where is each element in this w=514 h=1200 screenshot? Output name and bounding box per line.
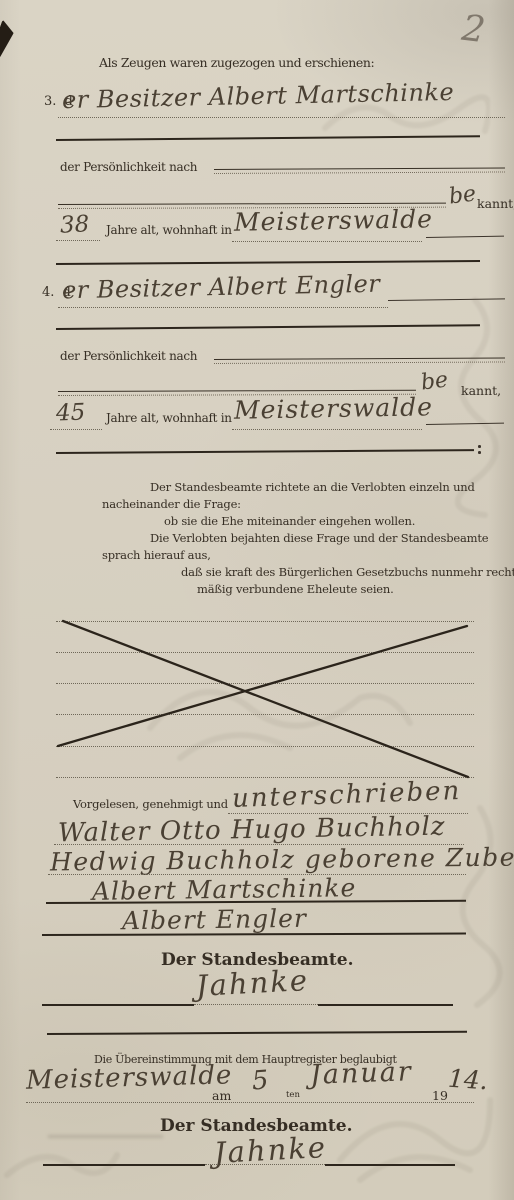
dotted-line xyxy=(58,307,388,308)
witness3-index: 3. xyxy=(44,94,56,109)
signature-hedwig-buchholz: Hedwig Buchholz geborene Zube xyxy=(50,844,514,876)
dotted-line xyxy=(194,1004,318,1005)
witness3-kannt-printed: kannt, xyxy=(477,197,514,211)
declaration-line: Der Standesbeamte richtete an die Verlob… xyxy=(150,481,475,494)
scanned-registry-page: 2 Als Zeugen waren zugezogen und erschie… xyxy=(0,0,514,1200)
certification-month: Januar xyxy=(310,1057,414,1090)
witness3-be-handwritten: be xyxy=(448,182,478,209)
witness4-age-label: Jahre alt, wohnhaft in xyxy=(106,412,232,425)
dotted-line xyxy=(50,429,102,430)
witness3-residence: Meisterswalde xyxy=(234,205,433,236)
ruled-line xyxy=(42,1004,194,1006)
ruled-line xyxy=(56,260,480,265)
signature-albert-engler: Albert Engler xyxy=(122,905,307,935)
bleed-through-artifact xyxy=(455,290,510,520)
witness-section-heading: Als Zeugen waren zugezogen und erschiene… xyxy=(99,56,374,70)
corner-ink-mark xyxy=(0,20,17,59)
closing-handwritten: unterschrieben xyxy=(232,777,462,814)
witness4-index: 4. xyxy=(42,285,54,300)
certification-ordinal: ten xyxy=(286,1091,300,1100)
signature-albert-martschinke: Albert Martschinke xyxy=(92,874,357,905)
declaration-line: daß sie kraft des Bürgerlichen Gesetzbuc… xyxy=(181,566,514,579)
witness3-age: 38 xyxy=(59,212,90,239)
declaration-line: ob sie die Ehe miteinander eingehen woll… xyxy=(164,515,415,528)
certification-day: 5 xyxy=(251,1066,270,1096)
witness4-name-handwritten: er Besitzer Albert Engler xyxy=(62,271,381,304)
witness3-identity-label: der Persönlichkeit nach xyxy=(60,161,197,174)
certification-place: Meisterswalde xyxy=(26,1061,233,1095)
certification-year-written: 14. xyxy=(447,1065,489,1095)
ruled-line xyxy=(47,1031,467,1035)
ruled-line xyxy=(56,324,480,330)
registrar-signature-bottom: Jahnke xyxy=(213,1132,328,1170)
dotted-line xyxy=(232,241,422,242)
registrar-signature: Jahnke xyxy=(195,965,310,1003)
witness4-identity-label: der Persönlichkeit nach xyxy=(60,350,197,363)
ruled-line xyxy=(426,236,504,238)
bleed-through-artifact xyxy=(320,86,490,144)
declaration-line: Die Verlobten bejahten diese Frage und d… xyxy=(150,532,488,545)
bleed-through-artifact xyxy=(455,800,510,1015)
ruled-line xyxy=(56,449,474,454)
page-number: 2 xyxy=(460,9,488,51)
witness4-age: 45 xyxy=(56,400,86,426)
witness3-age-label: Jahre alt, wohnhaft in xyxy=(106,224,232,237)
dotted-line xyxy=(56,240,100,241)
declaration-line: mäßig verbundene Eheleute seien. xyxy=(197,583,394,596)
ruled-line xyxy=(318,1004,453,1006)
witness4-residence: Meisterswalde xyxy=(234,393,433,424)
bleed-through-artifact xyxy=(140,628,420,778)
dotted-line xyxy=(232,429,422,430)
signature-walter-buchholz: Walter Otto Hugo Buchholz xyxy=(58,813,446,848)
declaration-line: sprach hierauf aus, xyxy=(102,549,211,562)
certification-am: am xyxy=(212,1089,231,1103)
closing-printed: Vorgelesen, genehmigt und xyxy=(73,798,228,811)
bleed-through-artifact xyxy=(2,1125,122,1195)
ruled-line xyxy=(214,167,505,174)
declaration-line: nacheinander die Frage: xyxy=(102,498,241,511)
